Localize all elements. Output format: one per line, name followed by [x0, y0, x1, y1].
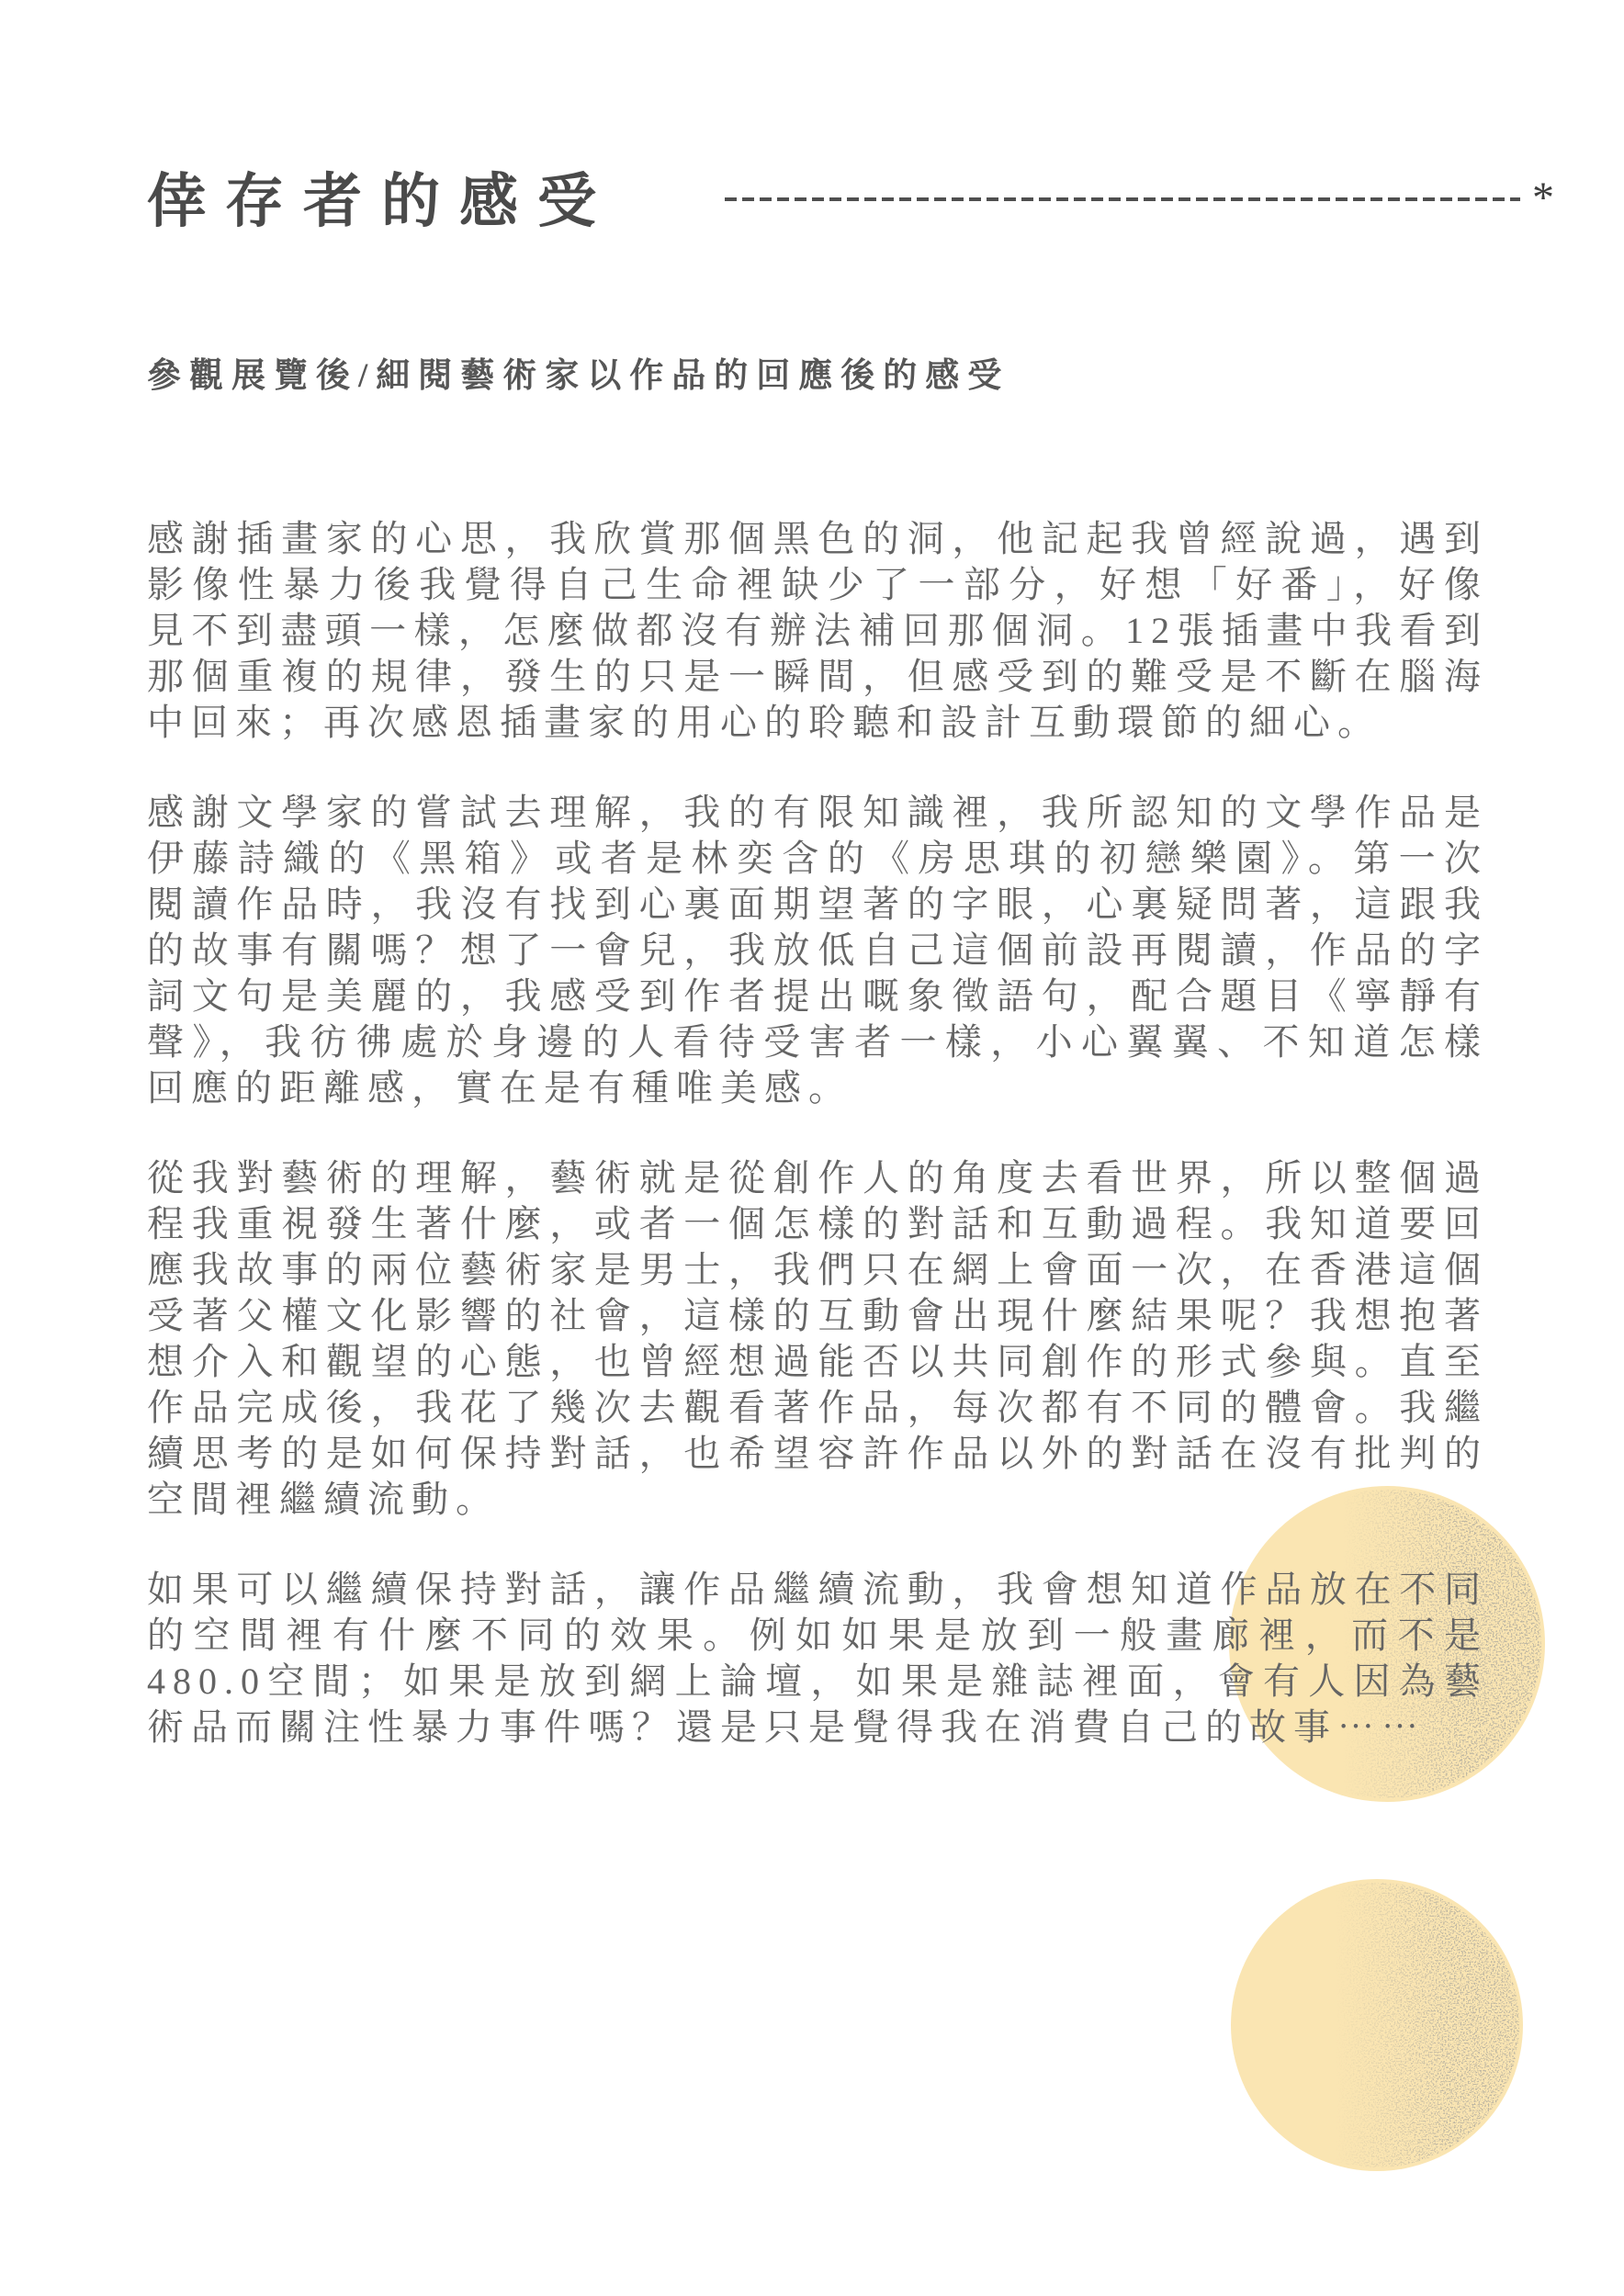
grain-circle-bottom	[1231, 1879, 1523, 2171]
page-title: 倖存者的感受	[147, 154, 615, 239]
paragraph-4: 如果可以繼續保持對話，讓作品繼續流動，我會想知道作品放在不同的空間裡有什麼不同的…	[147, 1567, 1488, 1750]
paragraph-2: 感謝文學家的嘗試去理解，我的有限知識裡，我所認知的文學作品是伊藤詩織的《黑箱》或…	[147, 790, 1488, 1111]
document-page: 倖存者的感受 * 參觀展覽後/細閱藝術家以作品的回應後的感受 感謝插畫家的心思，…	[0, 0, 1624, 2296]
divider-star: *	[1532, 176, 1554, 220]
paragraph-3: 從我對藝術的理解，藝術就是從創作人的角度去看世界，所以整個過程我重視發生著什麼，…	[147, 1155, 1488, 1523]
section-subtitle: 參觀展覽後/細閱藝術家以作品的回應後的感受	[147, 347, 1009, 397]
paragraph-1: 感謝插畫家的心思，我欣賞那個黑色的洞，他記起我曾經說過，遇到影像性暴力後我覺得自…	[147, 516, 1488, 746]
body-text: 感謝插畫家的心思，我欣賞那個黑色的洞，他記起我曾經說過，遇到影像性暴力後我覺得自…	[147, 516, 1488, 1795]
dashed-divider	[725, 197, 1520, 201]
